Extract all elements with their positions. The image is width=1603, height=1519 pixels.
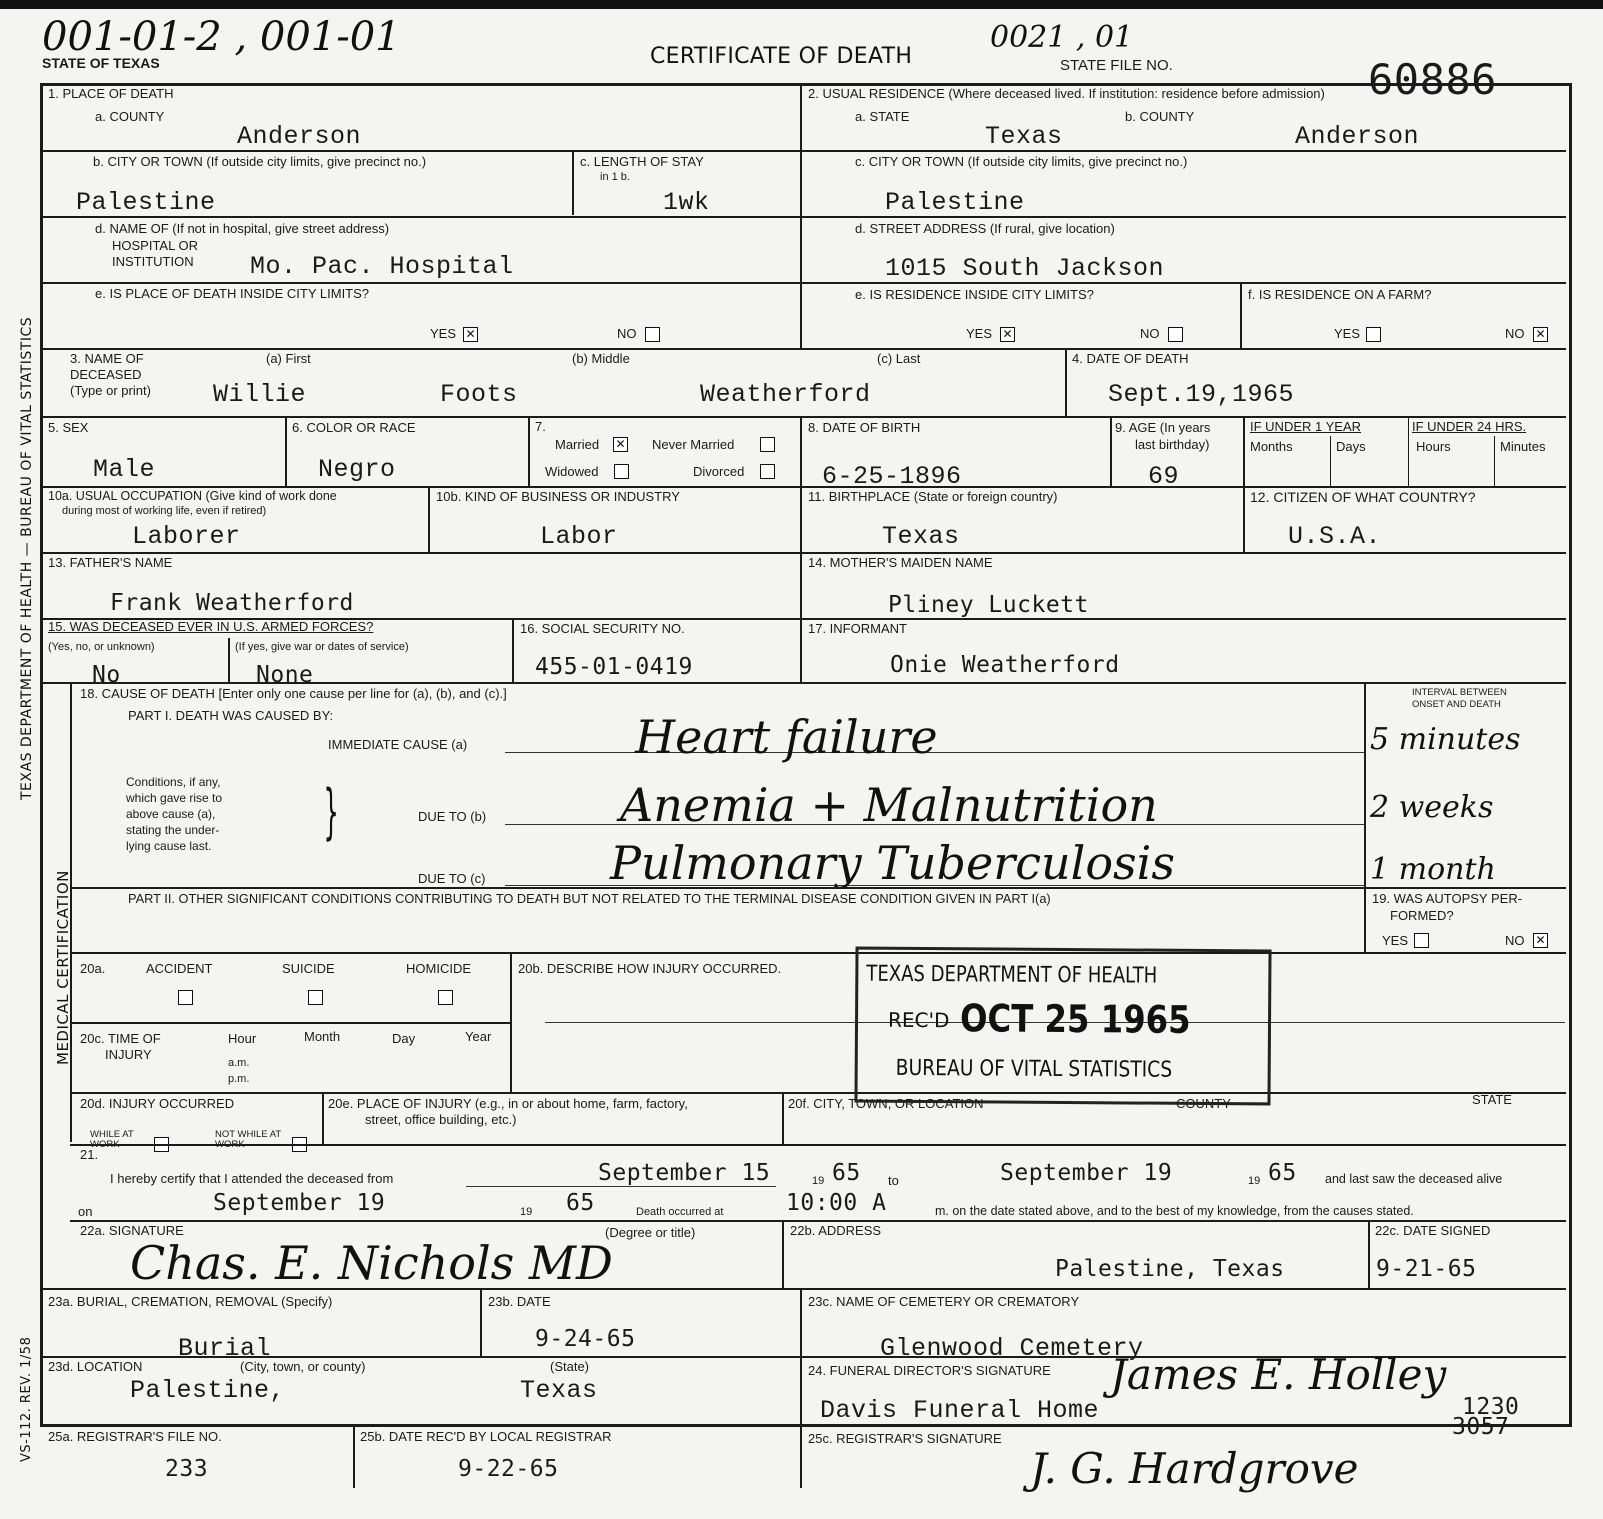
pm-label: p.m. xyxy=(228,1074,249,1086)
attended-to-date: September 19 xyxy=(1000,1160,1172,1186)
cause-b-value: Anemia + Malnutrition xyxy=(620,778,1158,832)
divider xyxy=(70,1220,1566,1222)
armed-forces-sublabel: (Yes, no, or unknown) xyxy=(48,642,155,654)
mother-label: 14. MOTHER'S MAIDEN NAME xyxy=(808,556,993,570)
registrar-signature: J. G. Hardgrove xyxy=(1030,1444,1359,1493)
first-name-label: (a) First xyxy=(266,352,311,366)
stamp-recd-label: REC'D xyxy=(888,1008,950,1032)
divider xyxy=(353,1424,355,1488)
farm-no-label: NO xyxy=(1505,327,1525,341)
stamp-department: TEXAS DEPARTMENT OF HEALTH xyxy=(866,962,1157,989)
funeral-director-label: 24. FUNERAL DIRECTOR'S SIGNATURE xyxy=(808,1364,1051,1378)
place-of-death-section-label: 1. PLACE OF DEATH xyxy=(48,87,173,101)
burial-label: 23a. BURIAL, CREMATION, REMOVAL (Specify… xyxy=(48,1295,332,1309)
birthplace-label: 11. BIRTHPLACE (State or foreign country… xyxy=(808,490,1058,504)
divider xyxy=(1408,416,1409,486)
death-inside-limits-label: e. IS PLACE OF DEATH INSIDE CITY LIMITS? xyxy=(95,287,369,301)
registrar-file-value: 233 xyxy=(165,1456,208,1482)
registrar-date-label: 25b. DATE REC'D BY LOCAL REGISTRAR xyxy=(360,1430,611,1444)
suicide-label: SUICIDE xyxy=(282,962,335,976)
death-occurred-label: Death occurred at xyxy=(636,1207,723,1219)
father-value: Frank Weatherford xyxy=(110,590,354,616)
occupation-label-2: during most of working life, even if ret… xyxy=(62,506,266,518)
industry-value: Labor xyxy=(540,522,618,551)
death-time-value: 10:00 A xyxy=(786,1190,886,1216)
seen-year-prefix: 19 xyxy=(520,1207,532,1219)
divider xyxy=(70,1022,510,1024)
divider xyxy=(800,282,1566,284)
immediate-cause-label: IMMEDIATE CAUSE (a) xyxy=(328,738,467,752)
death-inside-no-checkbox[interactable] xyxy=(645,327,660,342)
divider xyxy=(322,1092,324,1144)
last-name-value: Weatherford xyxy=(700,380,871,409)
divider xyxy=(40,682,1566,684)
suicide-checkbox[interactable] xyxy=(308,990,323,1005)
hospital-value: Mo. Pac. Hospital xyxy=(250,252,514,281)
divider xyxy=(1243,416,1245,552)
place-of-injury-label: 20e. PLACE OF INJURY (e.g., in or about … xyxy=(328,1097,688,1111)
sex-label: 5. SEX xyxy=(48,421,88,435)
conditions-note-3: above cause (a), xyxy=(126,808,215,821)
accident-label: ACCIDENT xyxy=(146,962,212,976)
am-label: a.m. xyxy=(228,1058,249,1070)
informant-value: Onie Weatherford xyxy=(890,652,1120,678)
state-label: STATE OF TEXAS xyxy=(42,56,160,71)
certify-text-1: I hereby certify that I attended the dec… xyxy=(110,1172,393,1186)
occupation-value: Laborer xyxy=(132,522,241,551)
hours-label: Hours xyxy=(1416,440,1451,454)
state-file-label: STATE FILE NO. xyxy=(1060,58,1173,74)
day-label: Day xyxy=(392,1032,415,1046)
divider xyxy=(70,887,1566,889)
length-of-stay-sublabel: in 1 b. xyxy=(600,172,630,184)
date-of-death-label: 4. DATE OF DEATH xyxy=(1072,352,1189,366)
residence-county-label: b. COUNTY xyxy=(1125,110,1194,124)
divider xyxy=(782,1092,784,1144)
divider xyxy=(428,486,430,552)
citizen-value: U.S.A. xyxy=(1288,522,1381,551)
street-address-value: 1015 South Jackson xyxy=(885,254,1164,283)
divider xyxy=(285,416,287,486)
usual-residence-section-label: 2. USUAL RESIDENCE (Where deceased lived… xyxy=(808,87,1325,101)
autopsy-no-checkbox[interactable] xyxy=(1533,933,1548,948)
marital-label: 7. xyxy=(535,420,546,434)
conditions-note-4: stating the under- xyxy=(126,824,219,837)
year-label: Year xyxy=(465,1030,491,1044)
ssn-value: 455-01-0419 xyxy=(535,654,693,680)
cemetery-value: Glenwood Cemetery xyxy=(880,1334,1144,1363)
received-stamp: TEXAS DEPARTMENT OF HEALTH REC'D OCT 25 … xyxy=(854,947,1271,1106)
minutes-label: Minutes xyxy=(1500,440,1546,454)
homicide-checkbox[interactable] xyxy=(438,990,453,1005)
divider xyxy=(1065,348,1067,416)
divider xyxy=(800,416,802,552)
divider xyxy=(70,682,72,1142)
residence-city-label: c. CITY OR TOWN (If outside city limits,… xyxy=(855,155,1187,169)
divider xyxy=(800,1288,802,1488)
divider xyxy=(40,486,1566,488)
married-checkbox[interactable] xyxy=(613,437,628,452)
length-of-stay-label: c. LENGTH OF STAY xyxy=(580,155,704,169)
location-label: 23d. LOCATION xyxy=(48,1360,142,1374)
cause-c-value: Pulmonary Tuberculosis xyxy=(610,836,1175,890)
race-label: 6. COLOR OR RACE xyxy=(292,421,416,435)
residence-state-label: a. STATE xyxy=(855,110,909,124)
sex-value: Male xyxy=(93,455,155,484)
registrar-signature-label: 25c. REGISTRAR'S SIGNATURE xyxy=(808,1432,1002,1446)
residence-inside-yes-checkbox[interactable] xyxy=(1000,327,1015,342)
injury-state-label: STATE xyxy=(1472,1093,1512,1107)
hospital-label-2: HOSPITAL OR xyxy=(112,239,198,253)
funeral-director-signature: James E. Holley xyxy=(1110,1350,1446,1399)
certify-text-2: and last saw the deceased alive xyxy=(1325,1173,1502,1186)
residence-inside-no-checkbox[interactable] xyxy=(1168,327,1183,342)
certificate-title: CERTIFICATE OF DEATH xyxy=(650,44,912,69)
death-city-value: Palestine xyxy=(76,188,216,217)
cause-section-label: 18. CAUSE OF DEATH [Enter only one cause… xyxy=(80,687,507,701)
autopsy-no-label: NO xyxy=(1505,934,1525,948)
widowed-label: Widowed xyxy=(545,465,598,479)
divider xyxy=(40,1288,1566,1290)
side-department-label: TEXAS DEPARTMENT OF HEALTH — BUREAU OF V… xyxy=(19,317,35,800)
due-to-c-label: DUE TO (c) xyxy=(418,872,485,886)
death-county-value: Anderson xyxy=(237,122,361,151)
informant-label: 17. INFORMANT xyxy=(808,622,907,636)
divider xyxy=(1240,282,1242,348)
age-label: 9. AGE (In years xyxy=(1115,421,1210,435)
handwritten-code-right: 0021 , 01 xyxy=(990,20,1133,55)
location-state-label: (State) xyxy=(550,1360,589,1374)
interval-label: INTERVAL BETWEEN xyxy=(1412,688,1507,698)
injury-20a-label: 20a. xyxy=(80,962,105,976)
death-city-label: b. CITY OR TOWN (If outside city limits,… xyxy=(93,155,426,169)
form-revision-label: VS-112. REV. 1/58 xyxy=(19,1337,34,1462)
stamp-bureau: BUREAU OF VITAL STATISTICS xyxy=(896,1056,1173,1083)
physician-signature: Chas. E. Nichols MD xyxy=(130,1236,613,1290)
armed-service-sublabel: (If yes, give war or dates of service) xyxy=(235,642,409,654)
divorced-label: Divorced xyxy=(693,465,744,479)
death-inside-yes-label: YES xyxy=(430,327,456,341)
to-year-prefix: 19 xyxy=(1248,1176,1260,1188)
funeral-number-2: 3057 xyxy=(1452,1414,1509,1440)
conditions-note-1: Conditions, if any, xyxy=(126,776,221,789)
race-value: Negro xyxy=(318,455,396,484)
divider xyxy=(800,150,1566,152)
divider xyxy=(480,1288,482,1356)
interval-a-value: 5 minutes xyxy=(1370,722,1521,757)
married-label: Married xyxy=(555,438,599,452)
location-city-value: Palestine, xyxy=(130,1376,285,1405)
attended-to-year: 65 xyxy=(1268,1160,1297,1186)
conditions-note-2: which gave rise to xyxy=(126,792,222,805)
widowed-checkbox[interactable] xyxy=(614,464,629,479)
residence-county-value: Anderson xyxy=(1295,122,1419,151)
citizen-label: 12. CITIZEN OF WHAT COUNTRY? xyxy=(1250,490,1476,505)
divider xyxy=(40,282,800,284)
first-name-value: Willie xyxy=(213,380,306,409)
divider xyxy=(1364,682,1366,952)
on-label: on xyxy=(78,1205,92,1219)
to-label: to xyxy=(888,1174,899,1188)
due-to-b-label: DUE TO (b) xyxy=(418,810,486,824)
interval-c-value: 1 month xyxy=(1370,852,1496,887)
divider xyxy=(40,552,1566,554)
occupation-label: 10a. USUAL OCCUPATION (Give kind of work… xyxy=(48,490,337,503)
armed-service-value: None xyxy=(256,662,313,688)
certify-number-label: 21. xyxy=(80,1148,98,1162)
location-state-value: Texas xyxy=(520,1376,598,1405)
divider xyxy=(40,1424,1566,1426)
date-signed-label: 22c. DATE SIGNED xyxy=(1375,1224,1490,1238)
time-of-injury-label: 20c. TIME OF xyxy=(80,1032,161,1046)
ssn-label: 16. SOCIAL SECURITY NO. xyxy=(520,622,685,636)
divider xyxy=(1368,1220,1370,1288)
interval-b-value: 2 weeks xyxy=(1370,790,1493,825)
scan-top-edge xyxy=(0,0,1603,9)
attended-from-date: September 15 xyxy=(598,1160,770,1186)
divider xyxy=(1494,436,1495,486)
age-label-2: last birthday) xyxy=(1135,438,1209,452)
from-year-prefix: 19 xyxy=(812,1176,824,1188)
conditions-note-5: lying cause last. xyxy=(126,840,211,853)
interval-label-2: ONSET AND DEATH xyxy=(1412,700,1501,710)
middle-name-label: (b) Middle xyxy=(572,352,630,366)
death-inside-no-label: NO xyxy=(617,327,637,341)
divorced-checkbox[interactable] xyxy=(760,464,775,479)
divider xyxy=(70,1144,1566,1146)
under-24-hrs-label: IF UNDER 24 HRS. xyxy=(1412,420,1526,434)
name-label-3: (Type or print) xyxy=(70,384,151,398)
burial-date-label: 23b. DATE xyxy=(488,1295,551,1309)
industry-label: 10b. KIND OF BUSINESS OR INDUSTRY xyxy=(436,490,680,504)
attended-from-year: 65 xyxy=(832,1160,861,1186)
armed-forces-label: 15. WAS DECEASED EVER IN U.S. ARMED FORC… xyxy=(48,620,373,634)
days-label: Days xyxy=(1336,440,1366,454)
divider xyxy=(70,952,1566,954)
divider xyxy=(70,1092,1566,1094)
divider xyxy=(572,150,574,215)
month-label: Month xyxy=(304,1030,340,1044)
date-of-death-value: Sept.19,1965 xyxy=(1108,380,1294,409)
divider xyxy=(800,216,1566,218)
divider xyxy=(528,416,530,486)
not-while-at-work-label: NOT WHILE AT WORK xyxy=(215,1130,285,1150)
injury-occurred-label: 20d. INJURY OCCURRED xyxy=(80,1097,234,1111)
place-of-injury-label-2: street, office building, etc.) xyxy=(365,1113,517,1127)
hospital-label-3: INSTITUTION xyxy=(112,255,194,269)
physician-address: Palestine, Texas xyxy=(1055,1256,1285,1282)
hospital-label: d. NAME OF (If not in hospital, give str… xyxy=(95,222,389,236)
divider xyxy=(40,216,800,218)
residence-inside-no-label: NO xyxy=(1140,327,1160,341)
burial-date-value: 9-24-65 xyxy=(535,1326,635,1352)
residence-state-value: Texas xyxy=(985,122,1063,151)
stamp-date: OCT 25 1965 xyxy=(960,996,1191,1042)
last-name-label: (c) Last xyxy=(877,352,920,366)
last-seen-date: September 19 xyxy=(213,1190,385,1216)
death-inside-yes-checkbox[interactable] xyxy=(463,327,478,342)
autopsy-yes-label: YES xyxy=(1382,934,1408,948)
never-married-checkbox[interactable] xyxy=(760,437,775,452)
divider xyxy=(40,348,1566,350)
dob-label: 8. DATE OF BIRTH xyxy=(808,421,920,435)
street-address-label: d. STREET ADDRESS (If rural, give locati… xyxy=(855,222,1115,236)
county-label: a. COUNTY xyxy=(95,110,164,124)
farm-yes-checkbox[interactable] xyxy=(1366,327,1381,342)
never-married-label: Never Married xyxy=(652,438,734,452)
divider xyxy=(40,150,800,152)
cemetery-label: 23c. NAME OF CEMETERY OR CREMATORY xyxy=(808,1295,1079,1309)
divider xyxy=(466,1186,776,1187)
months-label: Months xyxy=(1250,440,1293,454)
part1-label: PART I. DEATH WAS CAUSED BY: xyxy=(128,709,333,723)
registrar-date-value: 9-22-65 xyxy=(458,1456,558,1482)
part2-label: PART II. OTHER SIGNIFICANT CONDITIONS CO… xyxy=(128,892,1051,905)
divider xyxy=(782,1220,784,1288)
describe-injury-label: 20b. DESCRIBE HOW INJURY OCCURRED. xyxy=(518,962,781,976)
autopsy-yes-checkbox[interactable] xyxy=(1414,933,1429,948)
divider xyxy=(512,618,514,682)
father-label: 13. FATHER'S NAME xyxy=(48,556,172,570)
farm-yes-label: YES xyxy=(1334,327,1360,341)
farm-label: f. IS RESIDENCE ON A FARM? xyxy=(1248,288,1432,302)
certify-text-3: m. on the date stated above, and to the … xyxy=(935,1205,1414,1218)
address-label: 22b. ADDRESS xyxy=(790,1224,881,1238)
residence-city-value: Palestine xyxy=(885,188,1025,217)
divider xyxy=(40,416,1566,418)
funeral-home-value: Davis Funeral Home xyxy=(820,1396,1099,1425)
degree-label: (Degree or title) xyxy=(605,1226,695,1240)
residence-inside-yes-label: YES xyxy=(966,327,992,341)
middle-name-value: Foots xyxy=(440,380,518,409)
last-seen-year: 65 xyxy=(566,1190,595,1216)
autopsy-label-2: FORMED? xyxy=(1390,909,1454,923)
farm-no-checkbox[interactable] xyxy=(1533,327,1548,342)
brace-icon: } xyxy=(323,782,338,842)
autopsy-label: 19. WAS AUTOPSY PER- xyxy=(1372,892,1522,906)
length-of-stay-value: 1wk xyxy=(663,188,710,217)
accident-checkbox[interactable] xyxy=(178,990,193,1005)
armed-forces-value: No xyxy=(92,662,121,688)
divider xyxy=(800,552,802,682)
time-of-injury-label-2: INJURY xyxy=(105,1048,152,1062)
divider xyxy=(510,952,512,1094)
divider xyxy=(1110,416,1112,486)
cause-a-value: Heart failure xyxy=(635,710,938,764)
divider xyxy=(1330,436,1331,486)
registrar-file-label: 25a. REGISTRAR'S FILE NO. xyxy=(48,1430,222,1444)
homicide-label: HOMICIDE xyxy=(406,962,471,976)
residence-inside-limits-label: e. IS RESIDENCE INSIDE CITY LIMITS? xyxy=(855,288,1094,302)
location-city-label: (City, town, or county) xyxy=(240,1360,365,1374)
under-1-year-label: IF UNDER 1 YEAR xyxy=(1250,420,1361,434)
name-label-2: DECEASED xyxy=(70,368,142,382)
hour-label: Hour xyxy=(228,1032,256,1046)
name-label: 3. NAME OF xyxy=(70,352,144,366)
divider xyxy=(228,638,230,682)
handwritten-code-left: 001-01-2 , 001-01 xyxy=(42,14,401,60)
mother-value: Pliney Luckett xyxy=(888,592,1089,618)
birthplace-value: Texas xyxy=(882,522,960,551)
date-signed-value: 9-21-65 xyxy=(1376,1256,1476,1282)
